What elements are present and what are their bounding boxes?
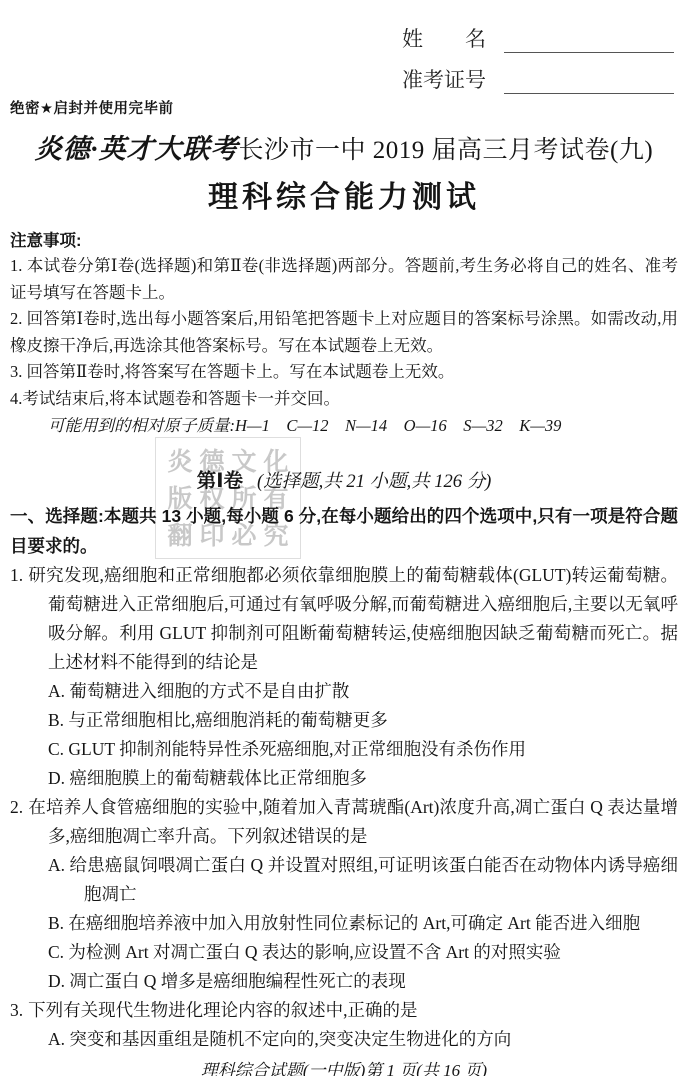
note-item-4: 4.考试结束后,将本试题卷和答题卡一并交回。 <box>10 386 678 413</box>
page-footer: 理科综合试题(一中版)第 1 页(共 16 页) <box>10 1059 678 1076</box>
section-instruction: 一、选择题:本题共 13 小题,每小题 6 分,在每小题给出的四个选项中,只有一… <box>10 501 678 561</box>
question-2-option-b: B. 在癌细胞培养液中加入用放射性同位素标记的 Art,可确定 Art 能否进入… <box>48 909 678 938</box>
page-content: 姓 名 准考证号 绝密★启封并使用完毕前 炎德·英才大联考长沙市一中 2019 … <box>0 0 688 1076</box>
candidate-info-block: 姓 名 准考证号 <box>402 12 674 94</box>
question-3-text: 下列有关现代生物进化理论内容的叙述中,正确的是 <box>28 1000 417 1020</box>
notes-heading: 注意事项: <box>10 229 678 253</box>
question-1-option-b: B. 与正常细胞相比,癌细胞消耗的葡萄糖更多 <box>48 706 678 735</box>
question-3-stem: 3.下列有关现代生物进化理论内容的叙述中,正确的是 <box>10 996 678 1025</box>
atomic-mass-note: 可能用到的相对原子质量:H—1 C—12 N—14 O—16 S—32 K—39 <box>48 412 678 439</box>
question-3-option-a: A. 突变和基因重组是随机不定向的,突变决定生物进化的方向 <box>48 1025 678 1054</box>
questions-block: 1.研究发现,癌细胞和正常细胞都必须依靠细胞膜上的葡萄糖载体(GLUT)转运葡萄… <box>10 561 678 1054</box>
question-2: 2.在培养人食管癌细胞的实验中,随着加入青蒿琥酯(Art)浓度升高,凋亡蛋白 Q… <box>10 793 678 996</box>
question-2-text: 在培养人食管癌细胞的实验中,随着加入青蒿琥酯(Art)浓度升高,凋亡蛋白 Q 表… <box>28 797 678 846</box>
exam-paper-page: 炎德文化 版权所有 翻印必究 姓 名 准考证号 绝密★启封并使用完毕前 炎德·英… <box>0 0 688 1076</box>
question-2-stem: 2.在培养人食管癌细胞的实验中,随着加入青蒿琥酯(Art)浓度升高,凋亡蛋白 Q… <box>10 793 678 851</box>
question-3-number: 3. <box>10 1000 23 1020</box>
question-2-number: 2. <box>10 797 23 817</box>
volume-note: (选择题,共 21 小题,共 126 分) <box>257 472 491 492</box>
question-2-option-a: A. 给患癌鼠饲喂凋亡蛋白 Q 并设置对照组,可证明该蛋白能否在动物体内诱导癌细… <box>48 851 678 909</box>
note-item-2: 2. 回答第Ⅰ卷时,选出每小题答案后,用铅笔把答题卡上对应题目的答案标号涂黑。如… <box>10 306 678 359</box>
question-1-stem: 1.研究发现,癌细胞和正常细胞都必须依靠细胞膜上的葡萄糖载体(GLUT)转运葡萄… <box>10 561 678 677</box>
question-1-option-c: C. GLUT 抑制剂能特异性杀死癌细胞,对正常细胞没有杀伤作用 <box>48 735 678 764</box>
question-1-text: 研究发现,癌细胞和正常细胞都必须依靠细胞膜上的葡萄糖载体(GLUT)转运葡萄糖。… <box>28 565 678 672</box>
ticket-number-label: 准考证号 <box>402 64 502 94</box>
name-label: 姓 名 <box>402 23 502 53</box>
note-item-3: 3. 回答第Ⅱ卷时,将答案写在答题卡上。写在本试题卷上无效。 <box>10 359 678 386</box>
volume-title: 第Ⅰ卷 <box>197 470 243 492</box>
question-1-option-a: A. 葡萄糖进入细胞的方式不是自由扩散 <box>48 677 678 706</box>
exam-subtitle: 理科综合能力测试 <box>10 172 678 216</box>
question-2-option-d: D. 凋亡蛋白 Q 增多是癌细胞编程性死亡的表现 <box>48 967 678 996</box>
exam-title-rest: 长沙市一中 2019 届高三月考试卷(九) <box>239 137 654 164</box>
question-3: 3.下列有关现代生物进化理论内容的叙述中,正确的是 A. 突变和基因重组是随机不… <box>10 996 678 1054</box>
question-1-number: 1. <box>10 565 23 585</box>
note-item-1: 1. 本试卷分第Ⅰ卷(选择题)和第Ⅱ卷(非选择题)两部分。答题前,考生务必将自己… <box>10 253 678 306</box>
exam-title: 炎德·英才大联考长沙市一中 2019 届高三月考试卷(九) <box>10 127 678 166</box>
secrecy-notice: 绝密★启封并使用完毕前 <box>10 97 678 118</box>
name-blank-field[interactable] <box>504 12 674 53</box>
question-1: 1.研究发现,癌细胞和正常细胞都必须依靠细胞膜上的葡萄糖载体(GLUT)转运葡萄… <box>10 561 678 793</box>
ticket-number-blank-field[interactable] <box>504 53 674 94</box>
ticket-row: 准考证号 <box>402 53 674 94</box>
name-row: 姓 名 <box>402 12 674 53</box>
question-2-option-c: C. 为检测 Art 对凋亡蛋白 Q 表达的影响,应设置不含 Art 的对照实验 <box>48 938 678 967</box>
exam-title-brand: 炎德·英才大联考 <box>35 134 239 164</box>
volume-heading: 第Ⅰ卷(选择题,共 21 小题,共 126 分) <box>10 467 678 497</box>
question-1-option-d: D. 癌细胞膜上的葡萄糖载体比正常细胞多 <box>48 764 678 793</box>
